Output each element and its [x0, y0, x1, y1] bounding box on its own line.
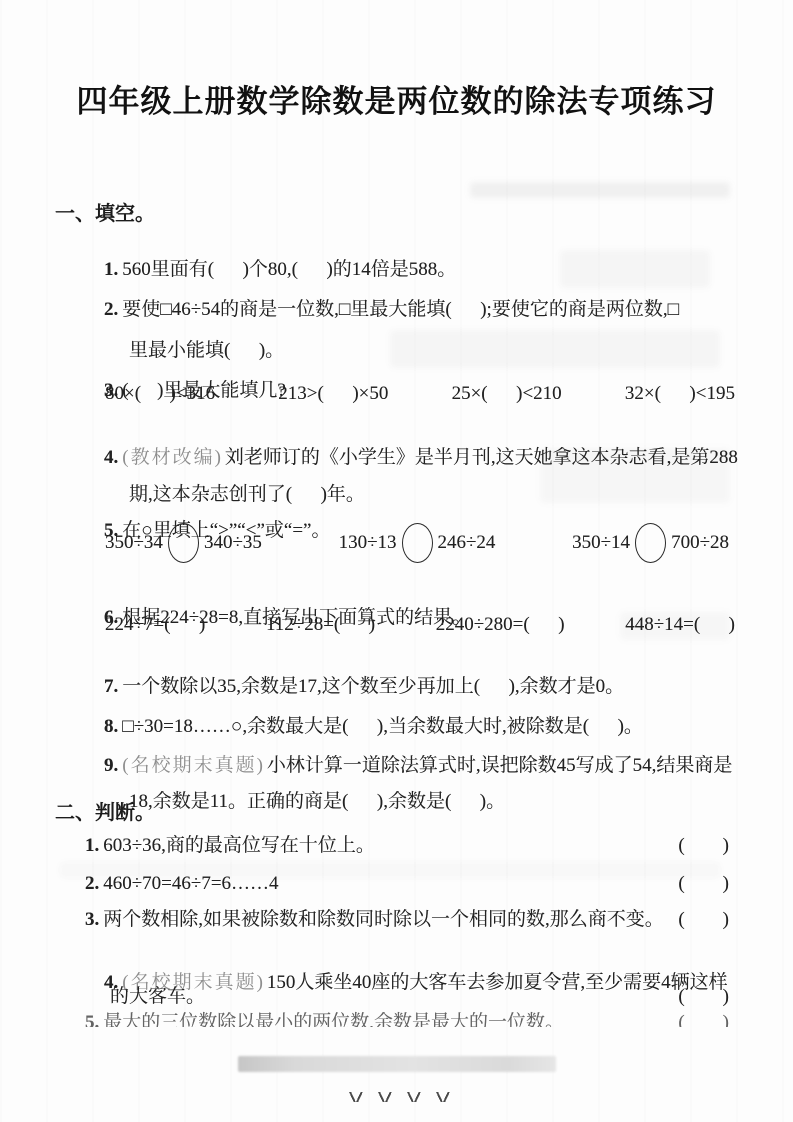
comparison-circle [168, 523, 199, 563]
judge-question-4-line-2: 的大客车。 ( ) [110, 985, 729, 1009]
question-text: 的大客车。 [110, 985, 205, 1009]
question-text: 460÷70=46÷7=6……4 [103, 873, 278, 894]
comparison-right: 700÷28 [671, 532, 729, 554]
comparison-left: 350÷14 [572, 532, 630, 554]
answer-blank: ( ) [678, 908, 729, 932]
section-heading-judge: 二、判断。 [55, 796, 155, 825]
equation: 224÷7=( ) [105, 614, 205, 636]
fill-question-6-equations: 224÷7=( ) 112÷28=( ) 2240÷280=( ) 448÷14… [105, 614, 735, 636]
comparison-left: 130÷13 [339, 532, 397, 554]
question-body: 2.460÷70=46÷7=6……4 [85, 872, 279, 896]
equation: 448÷14=( ) [625, 614, 735, 636]
judge-question-2: 2.460÷70=46÷7=6……4 ( ) [85, 872, 729, 896]
judge-question-1: 1.603÷36,商的最高位写在十位上。 ( ) [85, 834, 729, 858]
equation: 25×( )<210 [452, 383, 562, 405]
question-body: 3.两个数相除,如果被除数和除数同时除以一个相同的数,那么商不变。 [85, 908, 664, 932]
equation: 80×( )<316 [105, 383, 215, 405]
answer-blank: ( ) [678, 834, 729, 858]
answer-blank: ( ) [678, 985, 729, 1009]
redacted-watermark-bar [238, 1056, 556, 1072]
equation: 2240÷280=( ) [436, 614, 565, 636]
cropped-character-marks [348, 1092, 451, 1102]
question-number: 2. [85, 873, 99, 894]
question-text: 603÷36,商的最高位写在十位上。 [103, 835, 375, 856]
comparison-left: 350÷34 [105, 532, 163, 554]
fill-question-3-equations: 80×( )<316 213>( )×50 25×( )<210 32×( )<… [105, 383, 735, 405]
question-number: 1. [85, 835, 99, 856]
question-number: 5. [85, 1012, 99, 1027]
fill-question-5-comparisons: 350÷34 340÷35 130÷13 246÷24 350÷14 700÷2… [105, 519, 729, 567]
comparison-item: 130÷13 246÷24 [339, 523, 496, 563]
equation: 213>( )×50 [278, 383, 388, 405]
equation: 112÷28=( ) [266, 614, 375, 636]
question-text: 最大的三位数除以最小的两位数,余数是最大的一位数。 [103, 1012, 564, 1027]
question-body: 1.603÷36,商的最高位写在十位上。 [85, 834, 375, 858]
comparison-item: 350÷34 340÷35 [105, 523, 262, 563]
scan-smudge [470, 182, 730, 198]
question-body: 5.最大的三位数除以最小的两位数,余数是最大的一位数。 [85, 1011, 564, 1027]
comparison-circle [635, 523, 666, 563]
equation: 32×( )<195 [625, 383, 735, 405]
fill-question-9-line-2: 18,余数是11。正确的商是( ),余数是( )。 [110, 766, 505, 838]
question-text: 18,余数是11。正确的商是( ),余数是( )。 [129, 791, 505, 812]
answer-blank: ( ) [678, 872, 729, 896]
question-text: 两个数相除,如果被除数和除数同时除以一个相同的数,那么商不变。 [103, 909, 664, 930]
judge-question-5-cropped: 5.最大的三位数除以最小的两位数,余数是最大的一位数。 ( ) [85, 1011, 729, 1027]
comparison-item: 350÷14 700÷28 [572, 523, 729, 563]
cropped-character-mark [348, 1092, 364, 1102]
section-heading-fill: 一、填空。 [55, 197, 155, 226]
cropped-character-mark [377, 1092, 393, 1102]
answer-blank: ( ) [678, 1011, 729, 1027]
worksheet-page: 四年级上册数学除数是两位数的除法专项练习 一、填空。 1.560里面有( )个8… [0, 0, 793, 1122]
page-title: 四年级上册数学除数是两位数的除法专项练习 [0, 76, 793, 121]
comparison-right: 340÷35 [204, 532, 262, 554]
comparison-right: 246÷24 [438, 532, 496, 554]
comparison-circle [402, 523, 433, 563]
cropped-character-mark [435, 1092, 451, 1102]
judge-question-3: 3.两个数相除,如果被除数和除数同时除以一个相同的数,那么商不变。 ( ) [85, 908, 729, 932]
question-number: 3. [85, 909, 99, 930]
cropped-character-mark [406, 1092, 422, 1102]
